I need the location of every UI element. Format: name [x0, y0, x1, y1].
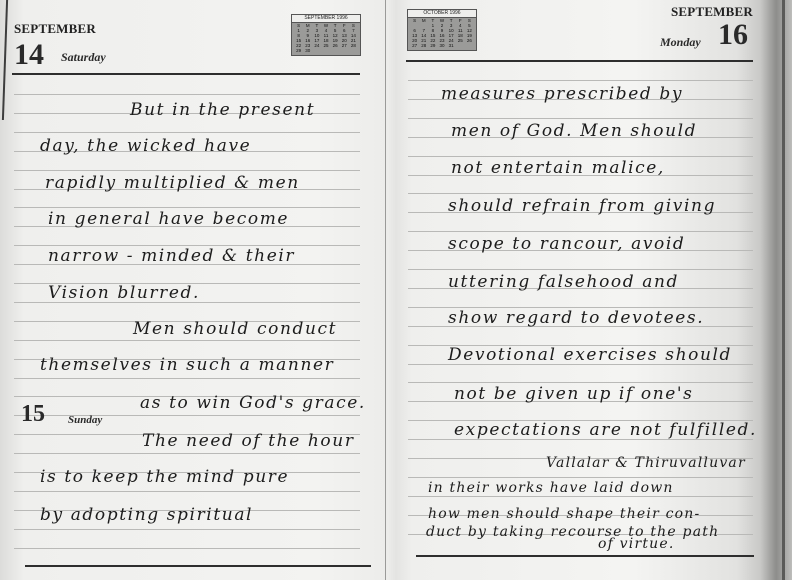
handwritten-line: not be given up if one's: [454, 384, 694, 404]
calendar-cell: 27: [410, 43, 419, 48]
calendar-cell: [331, 48, 340, 53]
handwritten-line: rapidly multiplied & men: [45, 173, 300, 193]
handwritten-line: Vallalar & Thiruvalluvar: [546, 455, 746, 471]
calendar-cell: 31: [447, 43, 456, 48]
handwritten-line: show regard to devotees.: [448, 308, 704, 328]
calendar-cell: [321, 48, 330, 53]
diary-spread: SEPTEMBER 14 Saturday SEPTEMBER 1996 SMT…: [0, 0, 792, 580]
handwritten-line: of virtue.: [598, 536, 675, 552]
calendar-cell: [340, 48, 349, 53]
calendar-cell: [312, 48, 321, 53]
ruled-line: [408, 269, 753, 270]
handwritten-line: But in the present: [130, 100, 315, 120]
ruled-line: [408, 231, 753, 232]
ruled-line: [14, 491, 360, 492]
day-name: Saturday: [61, 50, 106, 65]
mini-calendar-september: SEPTEMBER 1996 SMTWTFS123456789101112131…: [291, 14, 361, 56]
handwritten-line: expectations are not fulfilled.: [454, 420, 757, 440]
ruled-line: [14, 529, 360, 530]
handwritten-line: Men should conduct: [133, 319, 337, 339]
book-binding: [782, 0, 785, 580]
handwritten-line: how men should shape their con-: [428, 506, 700, 522]
handwritten-line: Devotional exercises should: [448, 345, 732, 365]
handwritten-line: The need of the hour: [142, 431, 355, 451]
ruled-line: [14, 378, 360, 379]
handwritten-line: themselves in such a manner: [40, 355, 334, 375]
ruled-line: [408, 193, 753, 194]
handwritten-line: duct by taking recourse to the path: [426, 524, 719, 540]
day-number: 16: [718, 20, 748, 50]
handwritten-line: narrow - minded & their: [48, 246, 295, 266]
header-rule: [406, 60, 753, 62]
footer-rule: [25, 565, 371, 567]
mini-calendar-title: OCTOBER 1996: [408, 10, 476, 18]
handwritten-line: Vision blurred.: [48, 283, 200, 303]
ruled-line: [14, 415, 360, 416]
handwritten-line: as to win God's grace.: [140, 393, 366, 413]
ruled-line: [14, 453, 360, 454]
handwritten-line: is to keep the mind pure: [40, 467, 289, 487]
handwritten-line: measures prescribed by: [441, 84, 683, 104]
handwritten-line: day, the wicked have: [40, 136, 251, 156]
calendar-cell: 28: [419, 43, 428, 48]
handwritten-line: by adopting spiritual: [40, 505, 253, 525]
handwritten-line: scope to rancour, avoid: [448, 234, 685, 254]
header-rule: [12, 73, 360, 75]
handwritten-line: in general have become: [48, 209, 289, 229]
month-label: SEPTEMBER: [14, 21, 96, 37]
calendar-cell: [465, 43, 474, 48]
day-name: Monday: [660, 35, 701, 50]
calendar-cell: 30: [437, 43, 446, 48]
ruled-line: [14, 548, 360, 549]
handwritten-line: should refrain from giving: [448, 196, 716, 216]
mini-calendar-grid: SMTWTFS123456789101112131415161718192021…: [292, 23, 360, 53]
calendar-cell: 30: [303, 48, 312, 53]
ruled-line: [14, 94, 360, 95]
day-number: 14: [14, 40, 44, 70]
calendar-cell: [456, 43, 465, 48]
handwritten-line: uttering falsehood and: [448, 272, 679, 292]
mini-calendar-grid: SMTWTFS123456789101112131415161718192021…: [408, 18, 476, 48]
left-page: SEPTEMBER 14 Saturday SEPTEMBER 1996 SMT…: [0, 0, 385, 580]
day-name-second: Sunday: [68, 414, 102, 426]
handwritten-line: in their works have laid down: [428, 480, 674, 496]
day-number-second: 15: [21, 402, 45, 426]
calendar-cell: 29: [294, 48, 303, 53]
mini-calendar-title: SEPTEMBER 1996: [292, 15, 360, 23]
handwritten-line: men of God. Men should: [451, 121, 697, 141]
ruled-line: [408, 156, 753, 157]
handwritten-line: not entertain malice,: [451, 158, 665, 178]
calendar-cell: [349, 48, 358, 53]
ruled-line: [408, 118, 753, 119]
calendar-cell: 29: [428, 43, 437, 48]
ruled-line: [14, 340, 360, 341]
ruled-line: [14, 132, 360, 133]
ruled-line: [408, 477, 753, 478]
right-page: OCTOBER 1996 SMTWTFS12345678910111213141…: [386, 0, 782, 580]
ruled-line: [408, 80, 753, 81]
footer-rule: [416, 555, 754, 557]
mini-calendar-october: OCTOBER 1996 SMTWTFS12345678910111213141…: [407, 9, 477, 51]
ruled-line: [14, 170, 360, 171]
